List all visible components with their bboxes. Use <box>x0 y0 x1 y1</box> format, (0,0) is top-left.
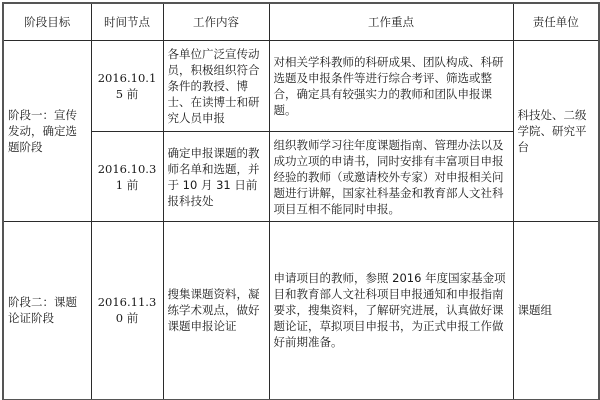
work-focus-cell: 对相关学科教师的科研成果、团队构成、科研选题及申报条件等进行综合考评、筛选或整合… <box>269 41 513 132</box>
header-stage-goal: 阶段目标 <box>3 3 91 41</box>
header-responsible-unit: 责任单位 <box>513 3 599 41</box>
time-node-cell: 2016.11.30 前 <box>91 222 163 400</box>
header-row: 阶段目标 时间节点 工作内容 工作重点 责任单位 <box>3 3 599 41</box>
work-focus-cell: 申请项目的教师，参照 2016 年度国家基金项目和教育部人文社科项目申报通知和申… <box>269 222 513 400</box>
table-row: 阶段一：宣传发动，确定选题阶段 2016.10.15 前 各单位广泛宣传动员，积… <box>3 41 599 132</box>
table-row: 阶段二：课题论证阶段 2016.11.30 前 搜集课题资料，凝练学术观点，做好… <box>3 222 599 400</box>
stage-goal-cell: 阶段一：宣传发动，确定选题阶段 <box>3 41 91 222</box>
header-time-node: 时间节点 <box>91 3 163 41</box>
table-row: 2016.10.31 前 确定申报课题的教师名单和选题，并于 10 月 31 日… <box>3 132 599 222</box>
header-work-focus: 工作重点 <box>269 3 513 41</box>
stage-goal-cell: 阶段二：课题论证阶段 <box>3 222 91 400</box>
responsible-unit-cell: 科技处、二级学院、研究平台 <box>513 41 599 222</box>
work-focus-cell: 组织教师学习往年度课题指南、管理办法以及成功立项的申请书，同时安排有丰富项目申报… <box>269 132 513 222</box>
time-node-cell: 2016.10.31 前 <box>91 132 163 222</box>
header-work-content: 工作内容 <box>163 3 269 41</box>
work-content-cell: 确定申报课题的教师名单和选题，并于 10 月 31 日前报科技处 <box>163 132 269 222</box>
work-plan-table: 阶段目标 时间节点 工作内容 工作重点 责任单位 阶段一：宣传发动，确定选题阶段… <box>2 2 600 400</box>
time-node-cell: 2016.10.15 前 <box>91 41 163 132</box>
work-content-cell: 搜集课题资料，凝练学术观点，做好课题申报论证 <box>163 222 269 400</box>
work-content-cell: 各单位广泛宣传动员，积极组织符合条件的教授、博士、在读博士和研究人员申报 <box>163 41 269 132</box>
responsible-unit-cell: 课题组 <box>513 222 599 400</box>
